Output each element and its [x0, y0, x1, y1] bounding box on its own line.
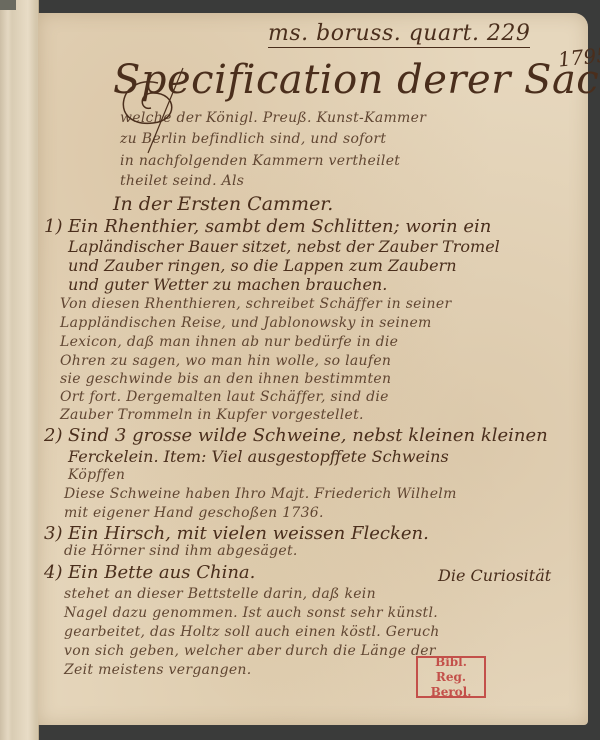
entry-line: Ein Rhenthier, sambt dem Schlitten; wori…: [68, 216, 491, 237]
entry-line: Ein Bette aus China.: [68, 562, 255, 583]
manuscript-page: ms. boruss. quart. 229 1795 Specificatio…: [38, 13, 588, 725]
entry-line: Ferckelein. Item: Viel ausgestopffete Sc…: [68, 447, 449, 466]
entry-note: sie geschwinde bis an den ihnen bestimmt…: [60, 371, 391, 387]
entry-line: Ein Hirsch, mit vielen weissen Flecken.: [68, 523, 429, 544]
binding-corner: [0, 0, 16, 10]
entry-line: und Zauber ringen, so die Lappen zum Zau…: [68, 256, 457, 275]
entry-line: Köpffen: [68, 467, 125, 483]
entry-line: und guter Wetter zu machen brauchen.: [68, 275, 387, 294]
entry-note: stehet an dieser Bettstelle darin, daß k…: [64, 586, 376, 602]
entry-note: von sich geben, welcher aber durch die L…: [64, 643, 436, 659]
entry-note: Zeit meistens vergangen.: [64, 662, 251, 678]
entry-number: 4): [44, 562, 62, 583]
intro-line: zu Berlin befindlich sind, und sofort: [120, 131, 386, 147]
entry-note: Zauber Trommeln in Kupfer vorgestellet.: [60, 407, 364, 423]
intro-line: theilet seind. Als: [120, 173, 244, 189]
entry-line: Sind 3 grosse wilde Schweine, nebst klei…: [68, 425, 548, 446]
entry-note: mit eigener Hand geschoßen 1736.: [64, 505, 324, 521]
page-title: Specification derer Sachen: [113, 57, 600, 103]
intro-line: welche der Königl. Preuß. Kunst-Kammer: [120, 110, 426, 126]
intro-line: in nachfolgenden Kammern vertheilet: [120, 153, 400, 169]
entry-note: Lappländischen Reise, und Jablonowsky in…: [60, 315, 432, 331]
entry-note: Ohren zu sagen, wo man hin wolle, so lau…: [60, 353, 391, 369]
entry-note: die Hörner sind ihm abgesäget.: [64, 543, 298, 559]
entry-number: 3): [44, 523, 62, 544]
entry-note: Diese Schweine haben Ihro Majt. Friederi…: [64, 486, 457, 502]
entry-number: 2): [44, 425, 62, 446]
entry-number: 1): [44, 216, 62, 237]
shelfmark: ms. boruss. quart. 229: [268, 21, 530, 48]
entry-note: Ort fort. Dergemalten laut Schäffer, sin…: [60, 389, 389, 405]
stamp-line: Bibl. Reg.: [418, 655, 484, 685]
entry-line: Lapländischer Bauer sitzet, nebst der Za…: [68, 237, 500, 256]
library-stamp: Bibl. Reg. Berol.: [416, 656, 486, 698]
section-heading: In der Ersten Cammer.: [113, 193, 333, 215]
entry-note: Von diesen Rhenthieren, schreibet Schäff…: [60, 296, 451, 312]
entry-note: gearbeitet, das Holtz soll auch einen kö…: [64, 624, 440, 640]
entry-note: Lexicon, daß man ihnen ab nur bedürfe in…: [60, 334, 398, 350]
entry-note: Die Curiosität: [438, 566, 551, 585]
stamp-line: Berol.: [418, 685, 484, 700]
entry-note: Nagel dazu genommen. Ist auch sonst sehr…: [64, 605, 438, 621]
binding-strip: [0, 0, 39, 740]
